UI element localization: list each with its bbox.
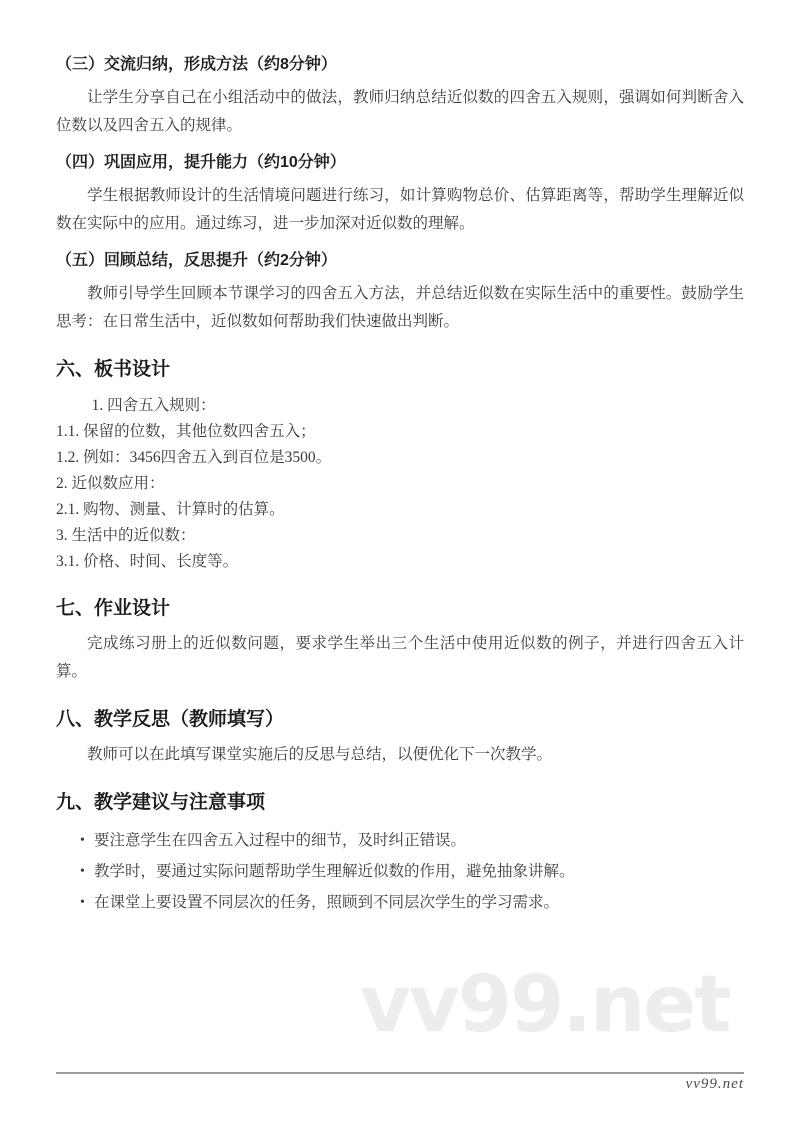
- section-body-5: 教师引导学生回顾本节课学习的四舍五入方法，并总结近似数在实际生活中的重要性。鼓励…: [56, 280, 744, 336]
- board-line: 2.1. 购物、测量、计算时的估算。: [56, 497, 744, 523]
- board-line: 1.1. 保留的位数，其他位数四舍五入；: [56, 419, 744, 445]
- bullet-icon: •: [80, 892, 85, 914]
- board-design-heading: 六、板书设计: [56, 357, 744, 383]
- bullet-icon: •: [80, 861, 85, 883]
- footer-divider: [56, 1072, 744, 1074]
- section-heading-5: （五）回顾总结，反思提升（约2分钟）: [56, 250, 744, 272]
- watermark-text: vv99.net: [360, 966, 730, 1044]
- section-heading-4: （四）巩固应用，提升能力（约10分钟）: [56, 152, 744, 174]
- suggestion-text: 教学时，要通过实际问题帮助学生理解近似数的作用，避免抽象讲解。: [94, 863, 575, 880]
- suggestion-text: 在课堂上要设置不同层次的任务，照顾到不同层次学生的学习需求。: [94, 894, 559, 911]
- homework-heading: 七、作业设计: [56, 596, 744, 622]
- homework-body: 完成练习册上的近似数问题，要求学生举出三个生活中使用近似数的例子，并进行四舍五入…: [56, 630, 744, 686]
- board-line: 3.1. 价格、时间、长度等。: [56, 549, 744, 575]
- suggestion-text: 要注意学生在四舍五入过程中的细节，及时纠正错误。: [94, 832, 466, 849]
- reflection-heading: 八、教学反思（教师填写）: [56, 707, 744, 733]
- page-footer: vv99.net: [56, 1072, 744, 1093]
- reflection-body: 教师可以在此填写课堂实施后的反思与总结，以便优化下一次教学。: [56, 741, 744, 769]
- board-line: 3. 生活中的近似数：: [56, 523, 744, 549]
- section-body-4: 学生根据教师设计的生活情境问题进行练习，如计算购物总价、估算距离等，帮助学生理解…: [56, 182, 744, 238]
- board-line: 1.2. 例如：3456四舍五入到百位是3500。: [56, 445, 744, 471]
- suggestion-item: • 要注意学生在四舍五入过程中的细节，及时纠正错误。: [56, 830, 744, 852]
- section-body-3: 让学生分享自己在小组活动中的做法，教师归纳总结近似数的四舍五入规则，强调如何判断…: [56, 84, 744, 140]
- bullet-icon: •: [80, 830, 85, 852]
- section-heading-3: （三）交流归纳，形成方法（约8分钟）: [56, 54, 744, 76]
- board-line: 1. 四舍五入规则：: [56, 393, 744, 419]
- suggestion-item: • 教学时，要通过实际问题帮助学生理解近似数的作用，避免抽象讲解。: [56, 861, 744, 883]
- suggestions-heading: 九、教学建议与注意事项: [56, 790, 744, 816]
- suggestion-item: • 在课堂上要设置不同层次的任务，照顾到不同层次学生的学习需求。: [56, 892, 744, 914]
- footer-site-text: vv99.net: [56, 1076, 744, 1093]
- document-page: （三）交流归纳，形成方法（约8分钟） 让学生分享自己在小组活动中的做法，教师归纳…: [0, 54, 800, 914]
- board-design-list: 1. 四舍五入规则： 1.1. 保留的位数，其他位数四舍五入； 1.2. 例如：…: [56, 393, 744, 575]
- board-line: 2. 近似数应用：: [56, 471, 744, 497]
- suggestions-list: • 要注意学生在四舍五入过程中的细节，及时纠正错误。 • 教学时，要通过实际问题…: [56, 830, 744, 914]
